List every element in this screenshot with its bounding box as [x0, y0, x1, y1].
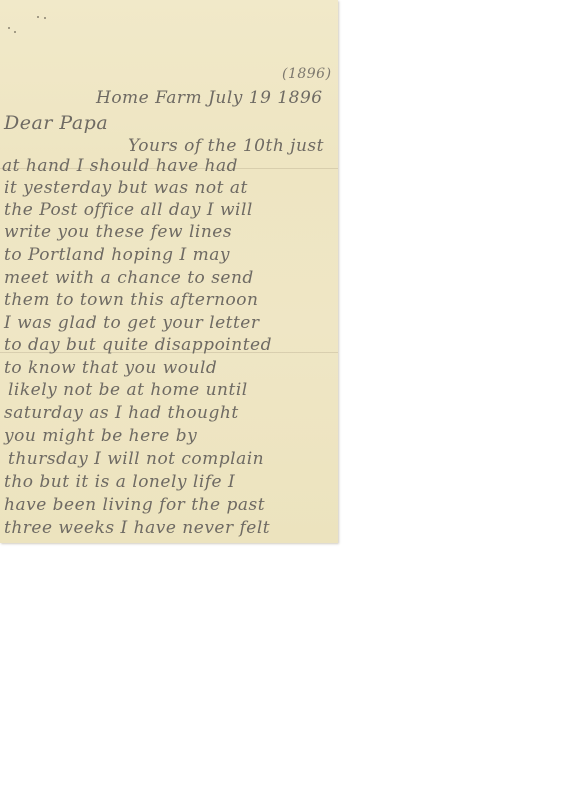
body-line: I was glad to get your letter — [4, 313, 260, 333]
body-line: likely not be at home until — [8, 380, 248, 400]
body-line: three weeks I have never felt — [4, 518, 270, 538]
body-line: the Post office all day I will — [4, 200, 253, 220]
body-line: them to town this afternoon — [4, 290, 258, 310]
paper-speck — [14, 31, 16, 33]
body-line: at hand I should have had — [2, 156, 238, 176]
body-line: saturday as I had thought — [4, 403, 239, 423]
paper-speck — [44, 17, 46, 19]
paper-speck — [8, 27, 10, 29]
body-line: have been living for the past — [4, 495, 265, 515]
body-line: tho but it is a lonely life I — [4, 472, 235, 492]
body-line: you might be here by — [4, 426, 197, 446]
letter-page: (1896) Home Farm July 19 1896 Dear Papa … — [0, 0, 338, 543]
body-line: to know that you would — [4, 358, 217, 378]
body-line: to day but quite disappointed — [4, 335, 272, 355]
salutation: Dear Papa — [4, 112, 108, 134]
year-annotation: (1896) — [282, 66, 332, 82]
body-line: write you these few lines — [4, 222, 232, 242]
body-line: meet with a chance to send — [4, 268, 254, 288]
paper-speck — [37, 16, 39, 18]
body-line: Yours of the 10th just — [128, 136, 324, 156]
dateline: Home Farm July 19 1896 — [96, 88, 323, 108]
body-line: to Portland hoping I may — [4, 245, 230, 265]
body-line: it yesterday but was not at — [4, 178, 248, 198]
body-line: thursday I will not complain — [8, 449, 264, 469]
